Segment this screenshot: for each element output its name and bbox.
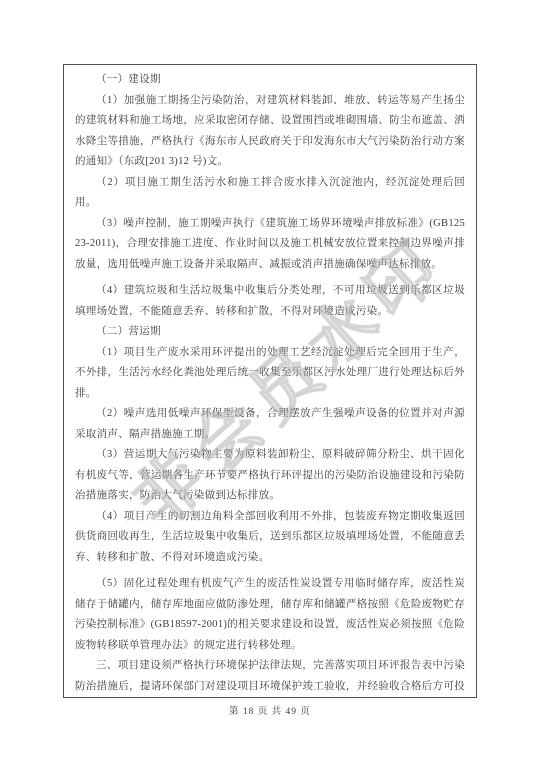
paragraph: （4）项目产生的切割边角料全部回收利用不外排，包装废弃物定期收集返回供货商回收再… <box>75 507 465 569</box>
paragraph: （3）营运期大气污染物主要为原料装卸粉尘、原料破碎筛分粉尘、烘干固化有机废气等，… <box>75 445 465 507</box>
section-heading-operation-period: （二）营运期 <box>75 322 465 343</box>
paragraph: （1）加强施工期扬尘污染防治，对建筑材料装卸、堆放、转运等易产生扬尘的建筑材料和… <box>75 91 465 173</box>
paragraph: 三、项目建设须严格执行环境保护法律法规，完善落实项目环评报告表中污染防治措施后，… <box>75 656 465 698</box>
paragraph: （5）固化过程处理有机废气产生的废活性炭设置专用临时储存库，废活性炭储存于储罐内… <box>75 574 465 656</box>
approval-text-table: （一）建设期 （1）加强施工期扬尘污染防治，对建筑材料装卸、堆放、转运等易产生扬… <box>63 64 477 698</box>
page-number-footer: 第 18 页 共 49 页 <box>0 703 540 717</box>
paragraph: （2）项目施工期生活污水和施工拌合废水排入沉淀池内，经沉淀处理后回用。 <box>75 173 465 214</box>
paragraph: （4）建筑垃圾和生活垃圾集中收集后分类处理，不可用垃圾送到乐都区垃圾填埋场处置，… <box>75 281 465 322</box>
paragraph: （3）噪声控制，施工期噪声执行《建筑施工场界环境噪声排放标准》(GB12523-… <box>75 214 465 276</box>
paragraph: （2）噪声选用低噪声环保型设备，合理摆放产生强噪声设备的位置并对声源采取消声、隔… <box>75 404 465 445</box>
document-page: 非会员水印 （一）建设期 （1）加强施工期扬尘污染防治，对建筑材料装卸、堆放、转… <box>0 0 540 763</box>
section-heading-construction-period: （一）建设期 <box>75 70 465 91</box>
paragraph: （1）项目生产废水采用环评提出的处理工艺经沉淀处理后完全回用于生产，不外排，生活… <box>75 343 465 405</box>
